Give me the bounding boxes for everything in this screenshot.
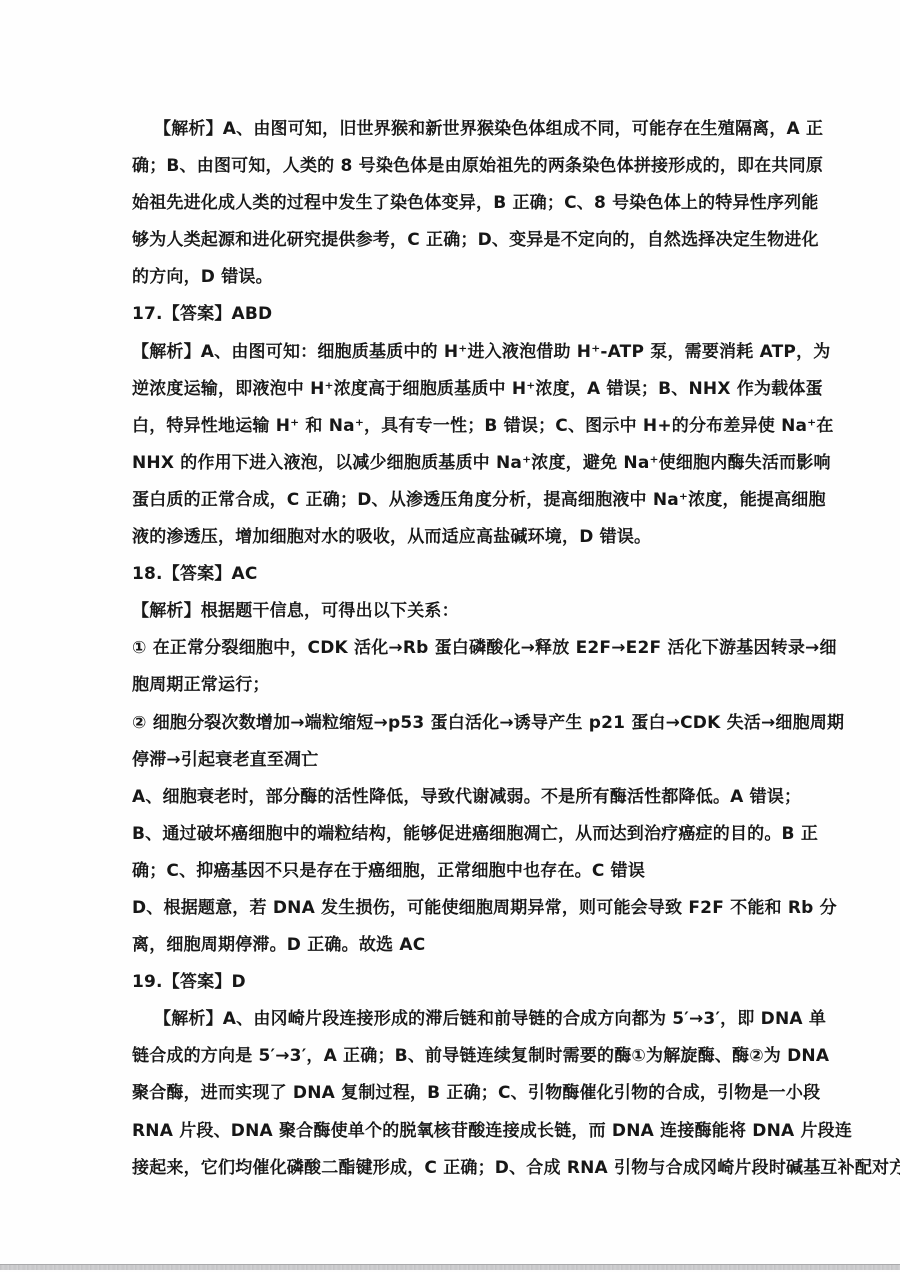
doc-line: D、根据题意，若 DNA 发生损伤，可能使细胞周期异常，则可能会导致 F2F 不… (132, 890, 768, 927)
doc-line: 【解析】根据题干信息，可得出以下关系： (132, 593, 768, 630)
doc-line: 【解析】A、由图可知，旧世界猴和新世界猴染色体组成不同，可能存在生殖隔离，A 正 (132, 111, 768, 148)
doc-line: 胞周期正常运行； (132, 667, 768, 704)
scan-edge-artifact (0, 1264, 900, 1270)
doc-line: ② 细胞分裂次数增加→端粒缩短→p53 蛋白活化→诱导产生 p21 蛋白→CDK… (132, 705, 768, 742)
doc-line: NHX 的作用下进入液泡，以减少细胞质基质中 Na⁺浓度，避免 Na⁺使细胞内酶… (132, 445, 768, 482)
doc-line: 离，细胞周期停滞。D 正确。故选 AC (132, 927, 768, 964)
doc-line: 链合成的方向是 5′→3′，A 正确；B、前导链连续复制时需要的酶①为解旋酶、酶… (132, 1038, 768, 1075)
doc-line: 蛋白质的正常合成，C 正确；D、从渗透压角度分析，提高细胞液中 Na⁺浓度，能提… (132, 482, 768, 519)
doc-line: 接起来，它们均催化磷酸二酯键形成，C 正确；D、合成 RNA 引物与合成冈崎片段… (132, 1150, 890, 1187)
doc-line: 的方向，D 错误。 (132, 259, 768, 296)
answer-sheet-page: 【解析】A、由图可知，旧世界猴和新世界猴染色体组成不同，可能存在生殖隔离，A 正… (0, 0, 900, 1272)
doc-line: 【解析】A、由图可知：细胞质基质中的 H⁺进入液泡借助 H⁺-ATP 泵，需要消… (132, 334, 768, 371)
doc-line: RNA 片段、DNA 聚合酶使单个的脱氧核苷酸连接成长链，而 DNA 连接酶能将… (132, 1113, 768, 1150)
doc-line: 逆浓度运输，即液泡中 H⁺浓度高于细胞质基质中 H⁺浓度，A 错误；B、NHX … (132, 371, 768, 408)
doc-line: 够为人类起源和进化研究提供参考，C 正确；D、变异是不定向的，自然选择决定生物进… (132, 222, 768, 259)
doc-line: 停滞→引起衰老直至凋亡 (132, 742, 768, 779)
doc-line: 白，特异性地运输 H⁺ 和 Na⁺，具有专一性；B 错误；C、图示中 H+的分布… (132, 408, 768, 445)
doc-line: B、通过破坏癌细胞中的端粒结构，能够促进癌细胞凋亡，从而达到治疗癌症的目的。B … (132, 816, 768, 853)
doc-line-q19-answer: 19.【答案】D (132, 964, 768, 1001)
doc-line: 始祖先进化成人类的过程中发生了染色体变异，B 正确；C、8 号染色体上的特异性序… (132, 185, 768, 222)
doc-line: 液的渗透压，增加细胞对水的吸收，从而适应高盐碱环境，D 错误。 (132, 519, 768, 556)
doc-line: A、细胞衰老时，部分酶的活性降低，导致代谢减弱。不是所有酶活性都降低。A 错误； (132, 779, 768, 816)
doc-line: ① 在正常分裂细胞中，CDK 活化→Rb 蛋白磷酸化→释放 E2F→E2F 活化… (132, 630, 768, 667)
doc-line-q18-answer: 18.【答案】AC (132, 556, 768, 593)
doc-line: 【解析】A、由冈崎片段连接形成的滞后链和前导链的合成方向都为 5′→3′，即 D… (132, 1001, 768, 1038)
doc-line: 聚合酶，进而实现了 DNA 复制过程，B 正确；C、引物酶催化引物的合成，引物是… (132, 1075, 768, 1112)
doc-line: 确；B、由图可知，人类的 8 号染色体是由原始祖先的两条染色体拼接形成的，即在共… (132, 148, 768, 185)
doc-line: 确；C、抑癌基因不只是存在于癌细胞，正常细胞中也存在。C 错误 (132, 853, 768, 890)
answer-text-block: 【解析】A、由图可知，旧世界猴和新世界猴染色体组成不同，可能存在生殖隔离，A 正… (132, 111, 768, 1187)
doc-line-q17-answer: 17.【答案】ABD (132, 296, 768, 333)
